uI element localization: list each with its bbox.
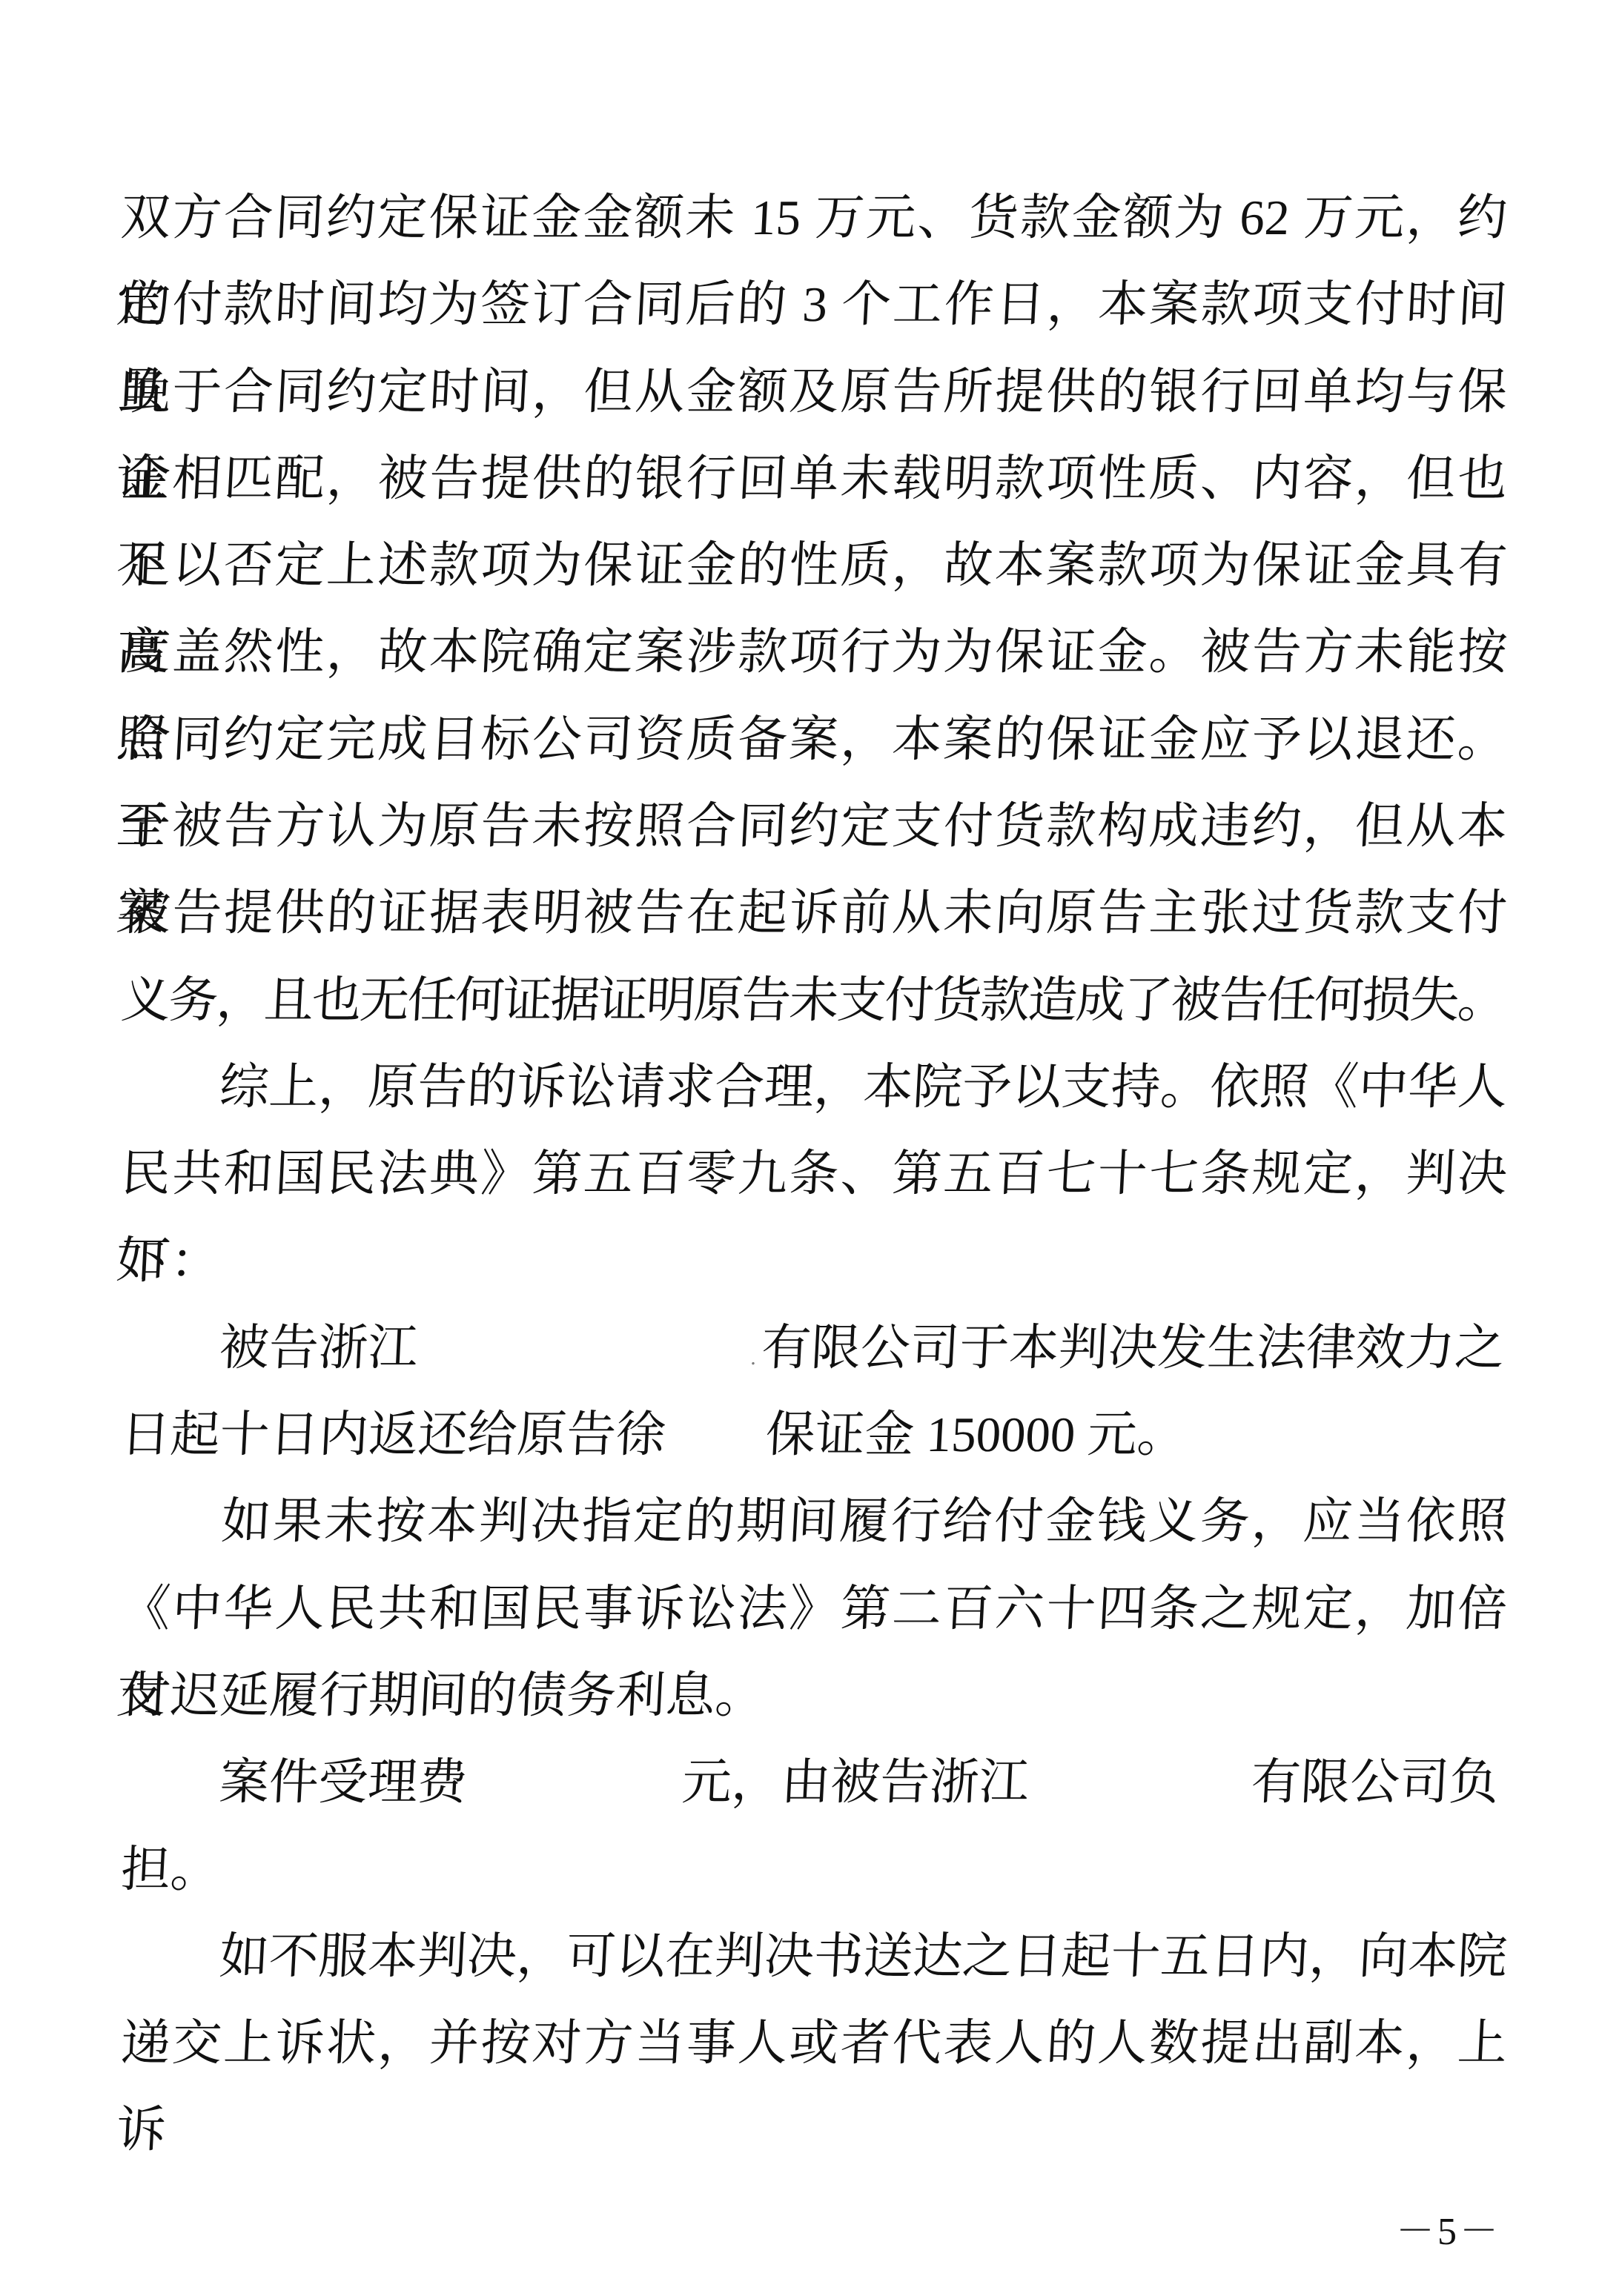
text-line: 综上，原告的诉讼请求合理，本院予以支持。依照《中华人 (119, 1044, 1509, 1131)
judgment-text-block: 双方合同约定保证金金额未 15 万元、货款金额为 62 万元，约定的付款时间均为… (119, 175, 1505, 2088)
text-segment: 案件受理费 (218, 1755, 469, 1810)
text-line: 如不服本判决，可以在判决书送达之日起十五日内，向本院 (119, 1914, 1509, 2000)
paragraph-indent (120, 1798, 219, 1799)
text-line: 足以否定上述款项为保证金的性质，故本案款项为保证金具有高 (119, 522, 1509, 609)
document-page: 双方合同约定保证金金额未 15 万元、货款金额为 62 万元，约定的付款时间均为… (0, 0, 1622, 2296)
text-line: 下： (119, 1218, 1509, 1305)
text-line: 日起十日内返还给原告徐保证金 150000 元。 (119, 1392, 1509, 1479)
redacted-blank (417, 1364, 750, 1364)
page-number: －5－ (1396, 2200, 1501, 2255)
text-line: 案件受理费元，由被告浙江有限公司负 (119, 1739, 1509, 1826)
text-line: 《中华人民共和国民事诉讼法》第二百六十四条之规定，加倍支 (119, 1566, 1509, 1653)
text-line: 金相匹配，被告提供的银行回单未载明款项性质、内容，但也不 (119, 436, 1509, 522)
text-line: 的付款时间均为签订合同后的 3 个工作日，本案款项支付时间虽 (119, 262, 1509, 348)
text-line: 双方合同约定保证金金额未 15 万元、货款金额为 62 万元，约定 (119, 175, 1509, 262)
text-line: 晚于合同约定时间，但从金额及原告所提供的银行回单均与保证 (119, 349, 1509, 436)
redacted-blank (466, 1798, 681, 1799)
text-segment: 被告浙江 (218, 1321, 419, 1376)
text-line: 被告浙江.有限公司于本判决发生法律效力之 (119, 1305, 1509, 1392)
redacted-blank (1028, 1798, 1251, 1799)
paragraph-indent (120, 1537, 219, 1538)
redacted-blank (665, 1450, 765, 1451)
text-segment: 有限公司于本判决发生法律效力之 (760, 1321, 1506, 1376)
text-line: 民共和国民法典》第五百零九条、第五百七十七条规定，判决如 (119, 1131, 1509, 1218)
text-line: 度盖然性，故本院确定案涉款项行为为保证金。被告方未能按照 (119, 609, 1509, 696)
text-line: 担。 (119, 1827, 1509, 1914)
paragraph-indent (120, 1972, 219, 1973)
text-line: 被告提供的证据表明被告在起诉前从未向原告主张过货款支付 (119, 870, 1509, 957)
text-line: 付迟延履行期间的债务利息。 (119, 1653, 1509, 1739)
text-line: 于被告方认为原告未按照合同约定支付货款构成违约，但从本案 (119, 783, 1509, 870)
text-segment: 元，由被告浙江 (681, 1755, 1030, 1810)
paragraph-indent (120, 1103, 219, 1104)
text-line: 如果未按本判决指定的期间履行给付金钱义务，应当依照 (119, 1479, 1509, 1565)
text-line: 义务，且也无任何证据证明原告未支付货款造成了被告任何损失。 (119, 958, 1509, 1044)
text-segment: 有限公司负 (1250, 1755, 1500, 1810)
paragraph-indent (120, 1364, 219, 1364)
text-line: 合同约定完成目标公司资质备案，本案的保证金应予以退还。至 (119, 697, 1509, 783)
text-segment: 保证金 150000 元。 (764, 1407, 1188, 1462)
text-line: 递交上诉状，并按对方当事人或者代表人的人数提出副本，上诉 (119, 2000, 1509, 2087)
text-segment: 日起十日内返还给原告徐 (119, 1407, 667, 1462)
